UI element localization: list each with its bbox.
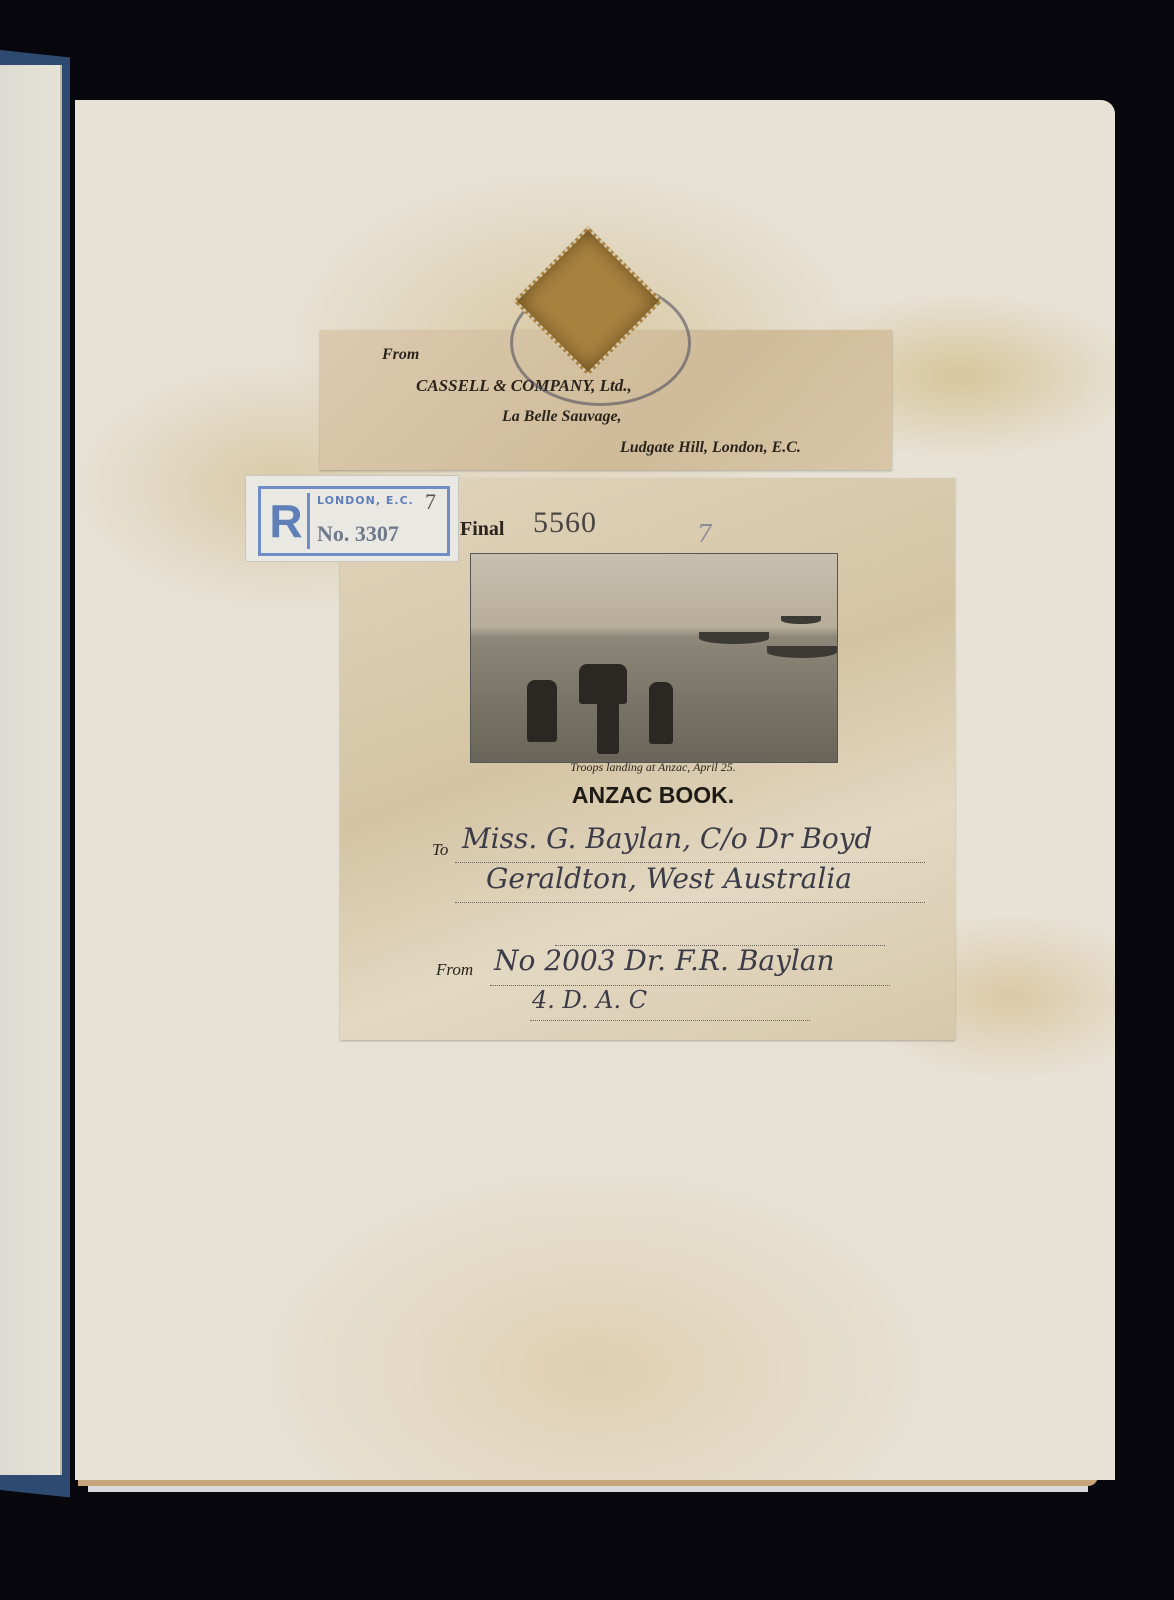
photo-caption: Troops landing at Anzac, April 25. xyxy=(470,760,836,775)
address-line xyxy=(455,902,925,903)
ship-icon xyxy=(781,616,821,624)
sender-line-1: No 2003 Dr. F.R. Baylan xyxy=(494,944,835,977)
final-number: 5560 xyxy=(533,506,597,540)
flyleaf-page xyxy=(0,65,62,1475)
final-label: Final xyxy=(460,518,504,541)
recipient-line-1: Miss. G. Baylan, C/o Dr Boyd xyxy=(462,822,872,855)
boat-icon xyxy=(699,632,769,644)
registration-office-number: 7 xyxy=(425,489,436,515)
soldier-figure xyxy=(597,694,619,754)
address-line-2: Ludgate Hill, London, E.C. xyxy=(620,439,801,457)
from-text: From xyxy=(382,346,419,364)
registration-office: LONDON, E.C. xyxy=(317,494,414,507)
recipient-line-2: Geraldton, West Australia xyxy=(486,862,852,895)
troops-landing-photo xyxy=(470,553,838,763)
from-label: From xyxy=(436,960,473,980)
soldier-figure xyxy=(649,682,673,744)
registration-number: No. 3307 xyxy=(317,521,399,547)
to-label: To xyxy=(432,840,448,860)
address-line-1: La Belle Sauvage, xyxy=(502,408,622,426)
sender-line xyxy=(530,1020,810,1021)
registration-label: R LONDON, E.C. 7 No. 3307 xyxy=(245,475,459,562)
anzac-book-title: ANZAC BOOK. xyxy=(470,782,836,809)
boat-icon xyxy=(767,646,837,658)
registered-r-letter: R xyxy=(265,493,310,549)
pencil-mark: 7 xyxy=(697,520,712,548)
soldier-figure xyxy=(527,680,557,742)
sender-line-2: 4. D. A. C xyxy=(532,986,647,1014)
